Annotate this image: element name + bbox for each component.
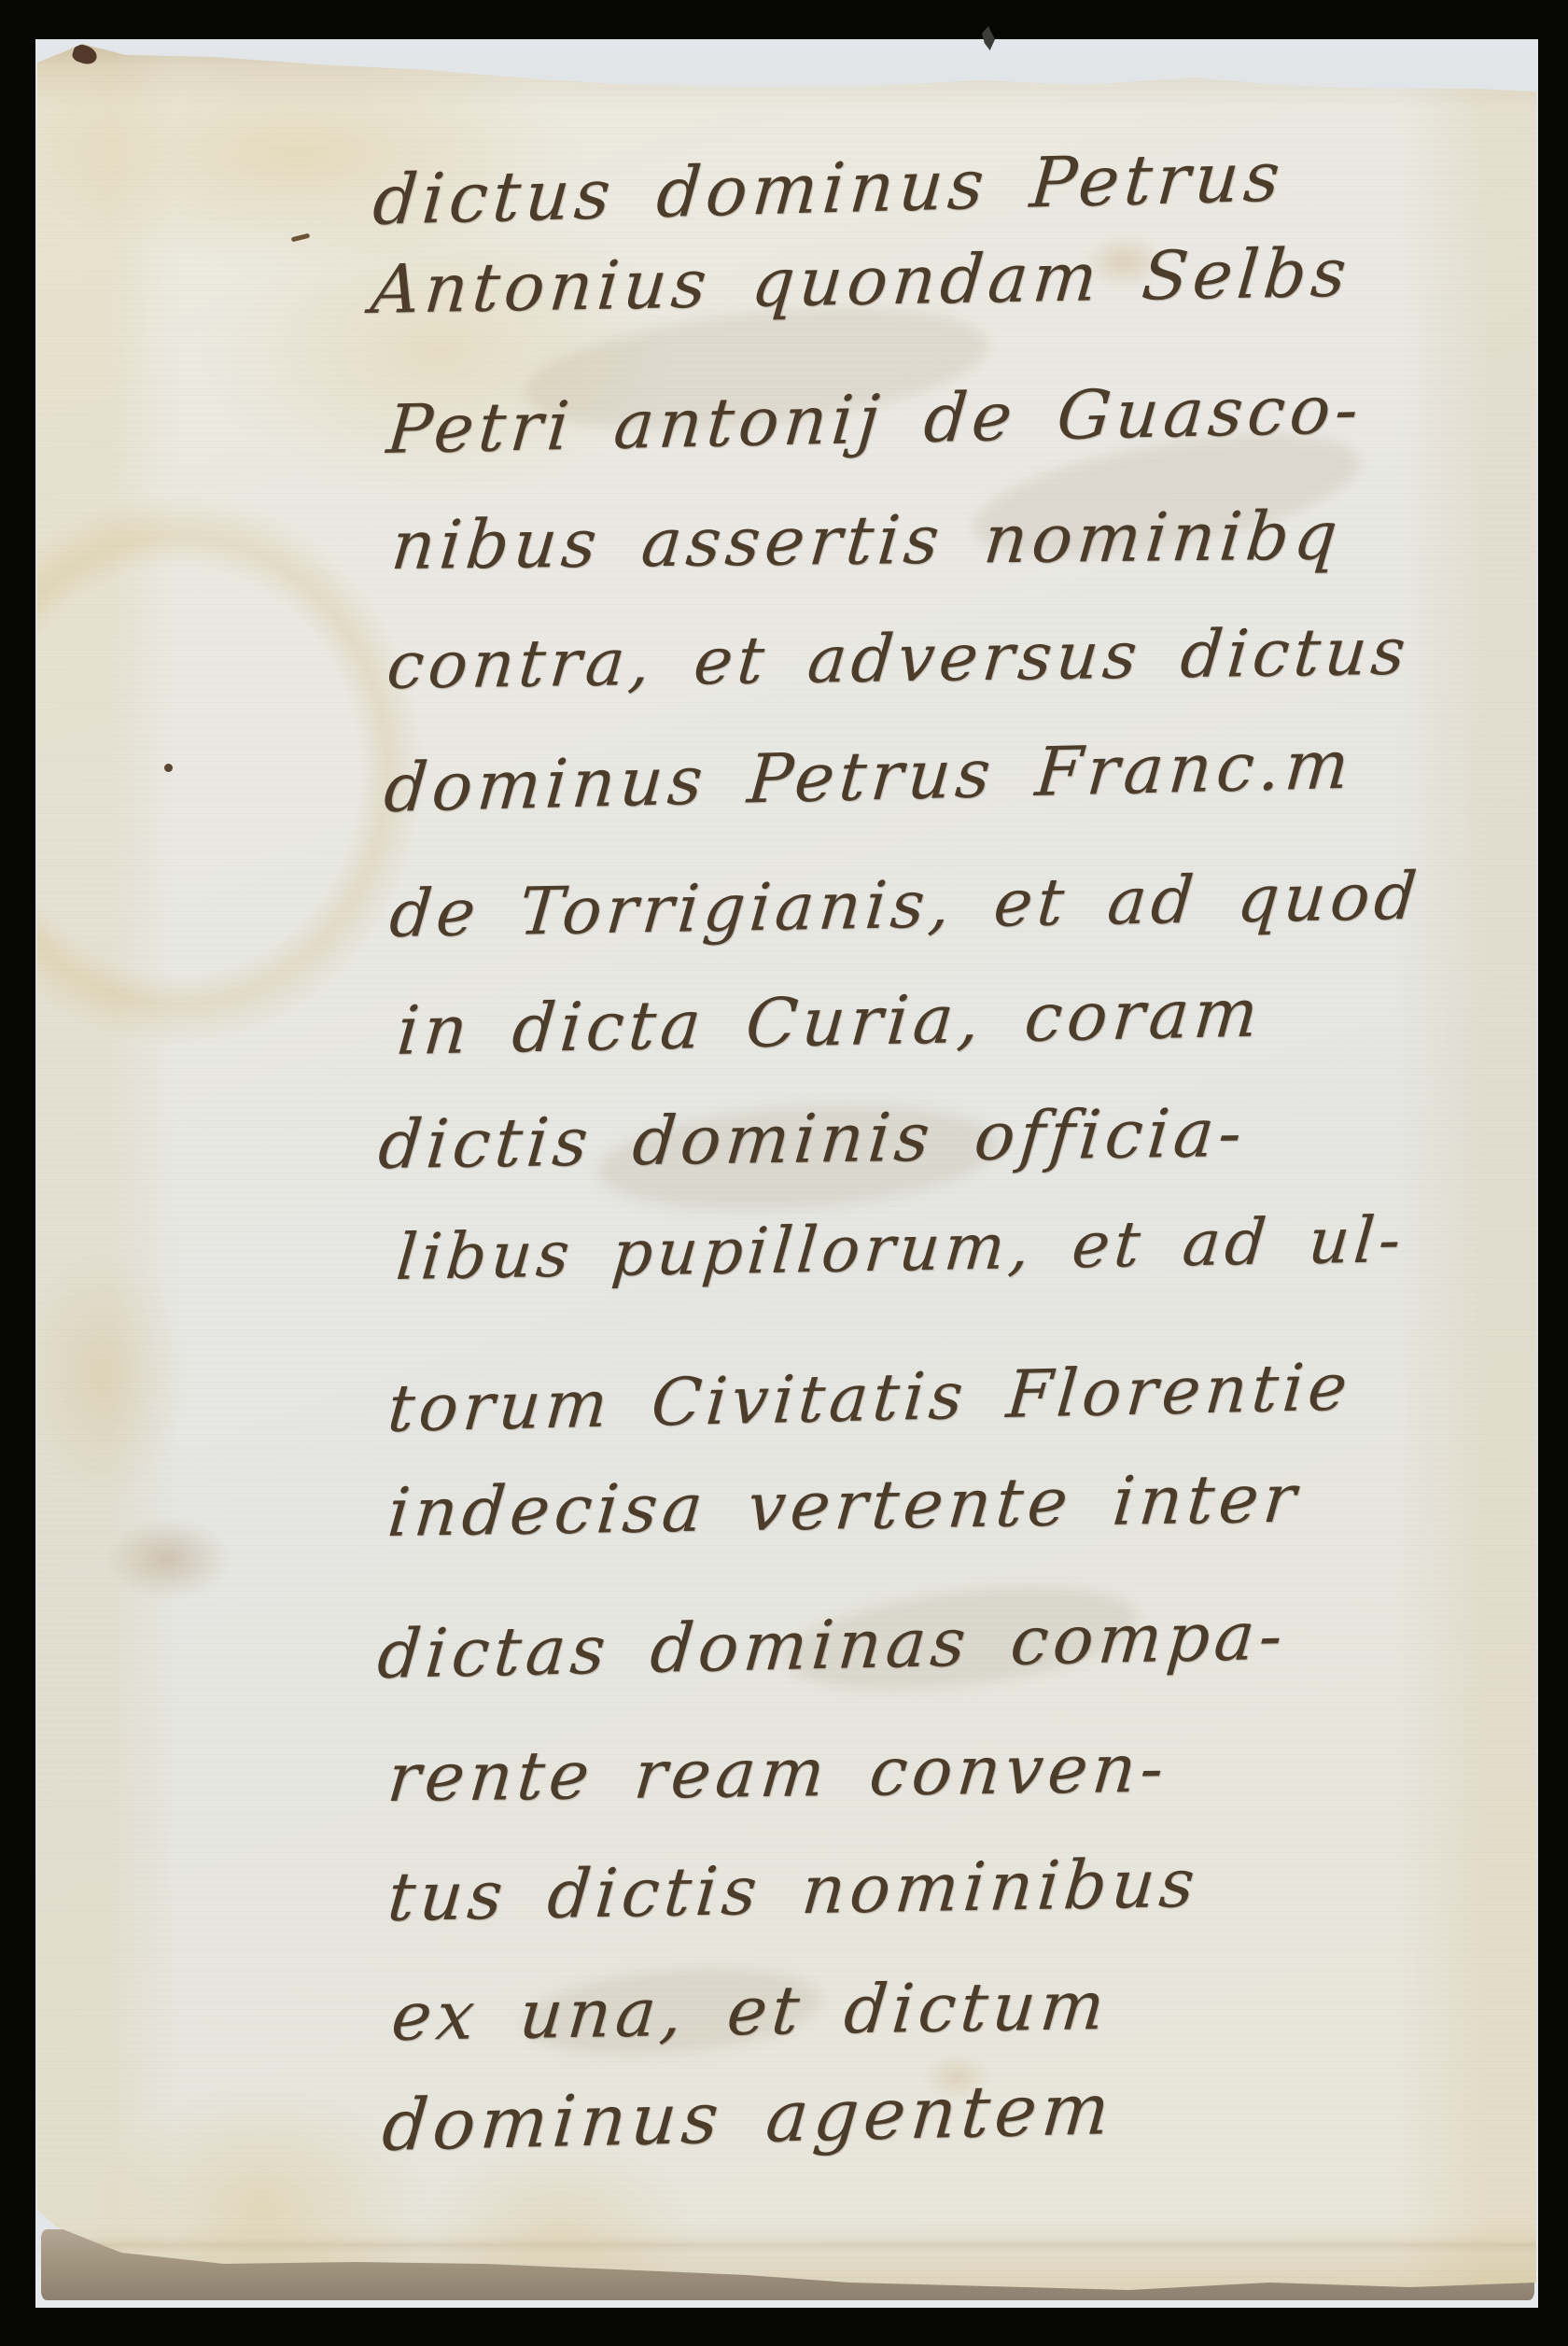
manuscript-line-17: dominus agentem (379, 2067, 1117, 2167)
manuscript-line-16: ex una, et dictum (388, 1966, 1113, 2056)
manuscript-line-8: in dicta Curia, coram (394, 974, 1266, 1071)
manuscript-page: dictus dominus Petrus Antonius quondam S… (37, 42, 1536, 2307)
manuscript-line-14: rente ream conven- (385, 1729, 1171, 1817)
paper-crease (37, 2238, 1536, 2253)
ink-dash (291, 233, 311, 243)
manuscript-line-2: Antonius quondam Selbs (368, 233, 1353, 329)
manuscript-line-7: de Torrigianis, et ad quod (386, 858, 1423, 952)
manuscript-line-4: nibus assertis nominibq (388, 496, 1345, 584)
manuscript-line-6: dominus Petrus Franc.m (382, 725, 1357, 828)
manuscript-line-13: dictas dominas compa- (374, 1596, 1290, 1694)
manuscript-line-15: tus dictis nominibus (385, 1844, 1202, 1936)
manuscript-line-10: libus pupillorum, et ad ul- (394, 1203, 1408, 1295)
manuscript-line-12: indecisa vertente inter (385, 1459, 1304, 1552)
manuscript-line-1: dictus dominus Petrus (371, 136, 1288, 241)
ink-speck (164, 764, 173, 772)
manuscript-line-11: torum Civitatis Florentie (385, 1348, 1355, 1447)
manuscript-line-9: dictis dominis officia- (375, 1093, 1250, 1184)
scanner-bed-background: dictus dominus Petrus Antonius quondam S… (0, 0, 1568, 2346)
manuscript-line-5: contra, et adversus dictus (384, 613, 1413, 704)
